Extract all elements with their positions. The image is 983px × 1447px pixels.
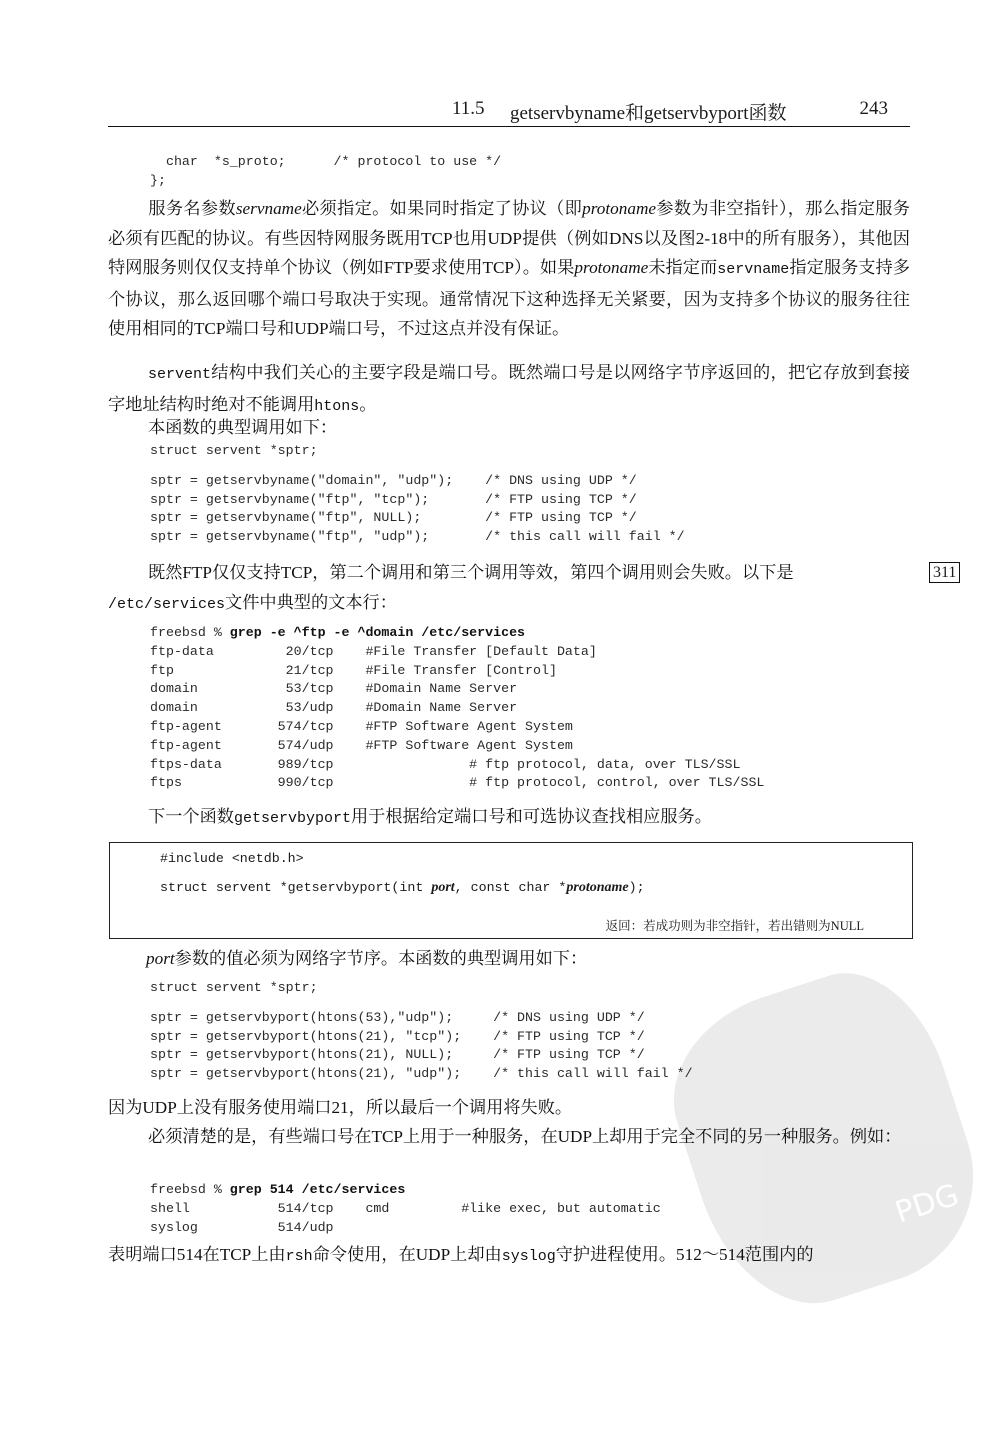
- listing-514: freebsd % grep 514 /etc/servicesshell 51…: [150, 1181, 661, 1237]
- return-value-note: 返回：若成功则为非空指针，若出错则为NULL: [606, 916, 864, 934]
- margin-page-ref: 311: [929, 562, 960, 583]
- paragraph-servname: 服务名参数servname必须指定。如果同时指定了协议（即protoname参数…: [108, 194, 910, 344]
- book-page: PDG 11.5 getservbyname和getservbyport函数 2…: [0, 0, 983, 1447]
- code-getservbyname-examples: struct servent *sptr;sptr = getservbynam…: [150, 442, 685, 547]
- shell-command: freebsd % grep 514 /etc/services: [150, 1181, 661, 1200]
- code-line: sptr = getservbyport(htons(21), "tcp"); …: [150, 1028, 693, 1047]
- watermark-label: PDG: [891, 1178, 963, 1231]
- paragraph-port-network-order: port参数的值必须为网络字节序。本函数的典型调用如下：: [108, 944, 910, 974]
- code-getservbyport-examples: struct servent *sptr;sptr = getservbypor…: [150, 979, 693, 1084]
- listing-line: ftps 990/tcp # ftp protocol, control, ov…: [150, 774, 764, 793]
- code-line: sptr = getservbyport(htons(53),"udp"); /…: [150, 1009, 693, 1028]
- listing-line: domain 53/tcp #Domain Name Server: [150, 680, 764, 699]
- prototype-signature: struct servent *getservbyport(int port, …: [160, 880, 645, 896]
- listing-line: shell 514/tcp cmd #like exec, but automa…: [150, 1200, 661, 1219]
- code-decl: struct servent *sptr;: [150, 442, 685, 461]
- code-line: sptr = getservbyport(htons(21), "udp"); …: [150, 1065, 693, 1084]
- paragraph-ftp-tcp: 既然FTP仅仅支持TCP，第二个调用和第三个调用等效，第四个调用则会失败。以下是…: [108, 558, 910, 619]
- code-struct-tail: char *s_proto; /* protocol to use */};: [150, 153, 501, 191]
- code-line: sptr = getservbyport(htons(21), NULL); /…: [150, 1046, 693, 1065]
- paragraph-udp-21: 因为UDP上没有服务使用端口21，所以最后一个调用将失败。: [108, 1093, 910, 1123]
- listing-line: domain 53/udp #Domain Name Server: [150, 699, 764, 718]
- listing-line: ftps-data 989/tcp # ftp protocol, data, …: [150, 756, 764, 775]
- running-header: 11.5 getservbyname和getservbyport函数 243: [108, 96, 910, 127]
- code-decl: struct servent *sptr;: [150, 979, 693, 998]
- code-line: };: [150, 172, 501, 191]
- listing-line: ftp-agent 574/tcp #FTP Software Agent Sy…: [150, 718, 764, 737]
- paragraph-typical-calls: 本函数的典型调用如下：: [108, 413, 910, 443]
- code-line: sptr = getservbyname("ftp", "udp"); /* t…: [150, 528, 685, 547]
- paragraph-getservbyport-intro: 下一个函数getservbyport用于根据给定端口号和可选协议查找相应服务。: [108, 802, 910, 834]
- function-prototype-box: #include <netdb.h> struct servent *getse…: [109, 842, 913, 939]
- section-title: getservbyname和getservbyport函数: [510, 98, 786, 125]
- paragraph-servent-port: servent结构中我们关心的主要字段是端口号。既然端口号是以网络字节序返回的，…: [108, 358, 910, 421]
- listing-line: ftp-agent 574/udp #FTP Software Agent Sy…: [150, 737, 764, 756]
- paragraph-port-differs: 必须清楚的是，有些端口号在TCP上用于一种服务，在UDP上却用于完全不同的另一种…: [108, 1122, 910, 1152]
- listing-line: syslog 514/udp: [150, 1219, 661, 1238]
- paragraph-514-usage: 表明端口514在TCP上由rsh命令使用，在UDP上却由syslog守护进程使用…: [108, 1240, 910, 1272]
- code-line: sptr = getservbyname("ftp", "tcp"); /* F…: [150, 491, 685, 510]
- section-number: 11.5: [452, 98, 485, 120]
- include-line: #include <netdb.h>: [160, 851, 304, 866]
- services-listing: freebsd % grep -e ^ftp -e ^domain /etc/s…: [150, 624, 764, 793]
- code-line: char *s_proto; /* protocol to use */: [150, 153, 501, 172]
- code-line: sptr = getservbyname("ftp", NULL); /* FT…: [150, 509, 685, 528]
- page-number: 243: [860, 98, 889, 120]
- code-line: sptr = getservbyname("domain", "udp"); /…: [150, 472, 685, 491]
- shell-command: freebsd % grep -e ^ftp -e ^domain /etc/s…: [150, 624, 764, 643]
- listing-line: ftp 21/tcp #File Transfer [Control]: [150, 662, 764, 681]
- listing-line: ftp-data 20/tcp #File Transfer [Default …: [150, 643, 764, 662]
